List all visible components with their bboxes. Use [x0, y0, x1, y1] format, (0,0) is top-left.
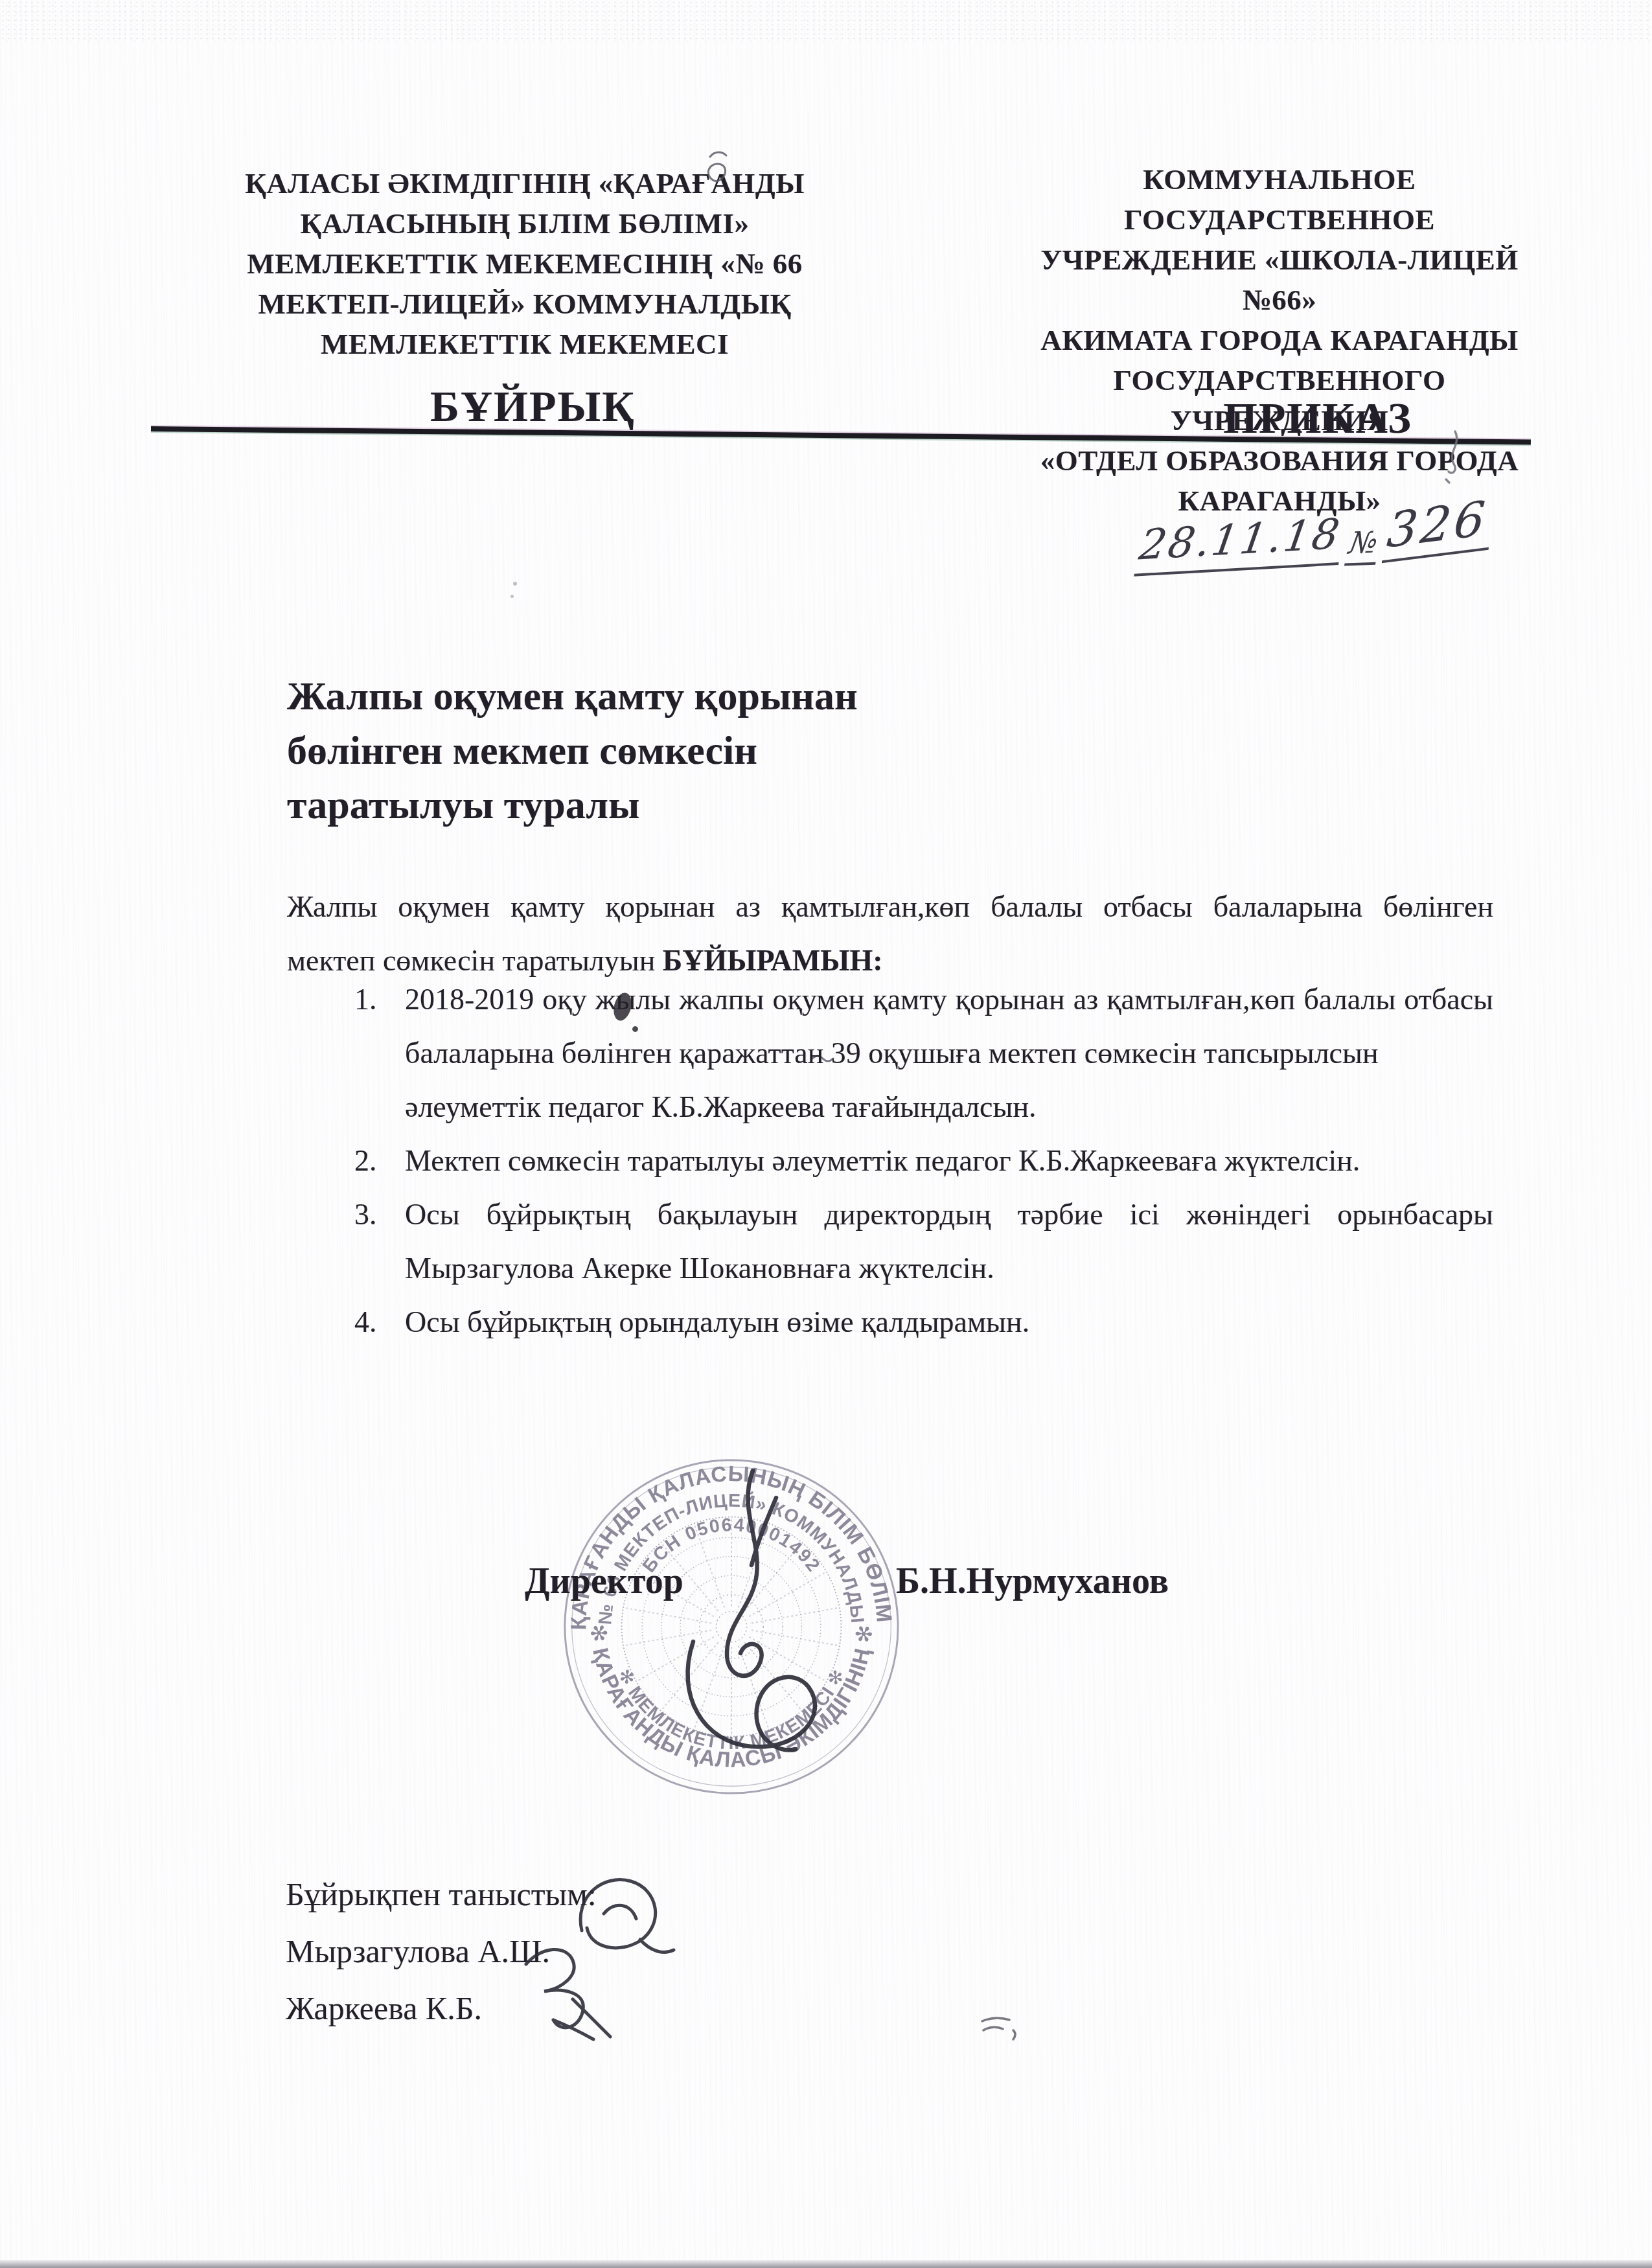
- item-number: 4.: [354, 1295, 377, 1349]
- order-subject: Жалпы оқумен қамту қорынан бөлінген мекм…: [287, 669, 858, 832]
- pen-squiggle-icon: [1440, 429, 1468, 485]
- acknowledgement-title: Бұйрықпен таныстым:: [286, 1866, 597, 1923]
- item-text-line: әлеуметтік педагог К.Б.Жаркеева тағайынд…: [405, 1080, 1493, 1134]
- org-name-kk-line: МЕМЛЕКЕТТІК МЕКЕМЕСІНІҢ «№ 66: [243, 244, 807, 284]
- item-text-line: Осы бұйрықтың орындалуын өзіме қалдырамы…: [405, 1295, 1493, 1349]
- letterhead-russian: КОММУНАЛЬНОЕ ГОСУДАРСТВЕННОЕ УЧРЕЖДЕНИЕ …: [1001, 159, 1558, 521]
- org-name-ru-line: КОММУНАЛЬНОЕ ГОСУДАРСТВЕННОЕ: [1001, 159, 1558, 240]
- subject-line: Жалпы оқумен қамту қорынан: [287, 669, 858, 724]
- director-label: Директор: [525, 1561, 683, 1602]
- order-item-3: 3. Осы бұйрықтың бақылауын директордың т…: [287, 1187, 1493, 1295]
- item-number: 2.: [354, 1134, 377, 1187]
- scan-noise-band: [0, 0, 1652, 41]
- org-name-kk-line: МЕМЛЕКЕТТІК МЕКЕМЕСІ: [243, 324, 807, 364]
- signature-zharkeyeva-icon: [504, 1938, 627, 2045]
- pen-mark-bottom-icon: [980, 2013, 1022, 2042]
- order-item-1: 1. 2018-2019 оқу жылы жалпы оқумен қамту…: [287, 972, 1493, 1134]
- handwritten-date: 28.11.18: [1134, 510, 1347, 577]
- order-item-4: 4. Осы бұйрықтың орындалуын өзіме қалдыр…: [287, 1295, 1493, 1349]
- item-text-line: балаларына бөлінген қаражаттан 39 оқушығ…: [405, 1026, 1493, 1080]
- intro-line: Жалпы оқумен қамту қорынан аз қамтылған,…: [287, 880, 1493, 934]
- item-text-line: Осы бұйрықтың бақылауын директордың тәрб…: [405, 1187, 1493, 1241]
- item-number: 1.: [354, 972, 377, 1026]
- order-items-list: 1. 2018-2019 оқу жылы жалпы оқумен қамту…: [287, 972, 1493, 1349]
- subject-line: бөлінген мекмеп сөмкесін: [287, 724, 858, 778]
- order-item-2: 2. Мектеп сөмкесін таратылуы әлеуметтік …: [287, 1134, 1493, 1187]
- intro-paragraph: Жалпы оқумен қамту қорынан аз қамтылған,…: [287, 880, 1493, 987]
- org-name-ru-line: «ОТДЕЛ ОБРАЗОВАНИЯ ГОРОДА: [1001, 441, 1558, 481]
- scan-speck: [511, 595, 514, 598]
- item-text-line: 2018-2019 оқу жылы жалпы оқумен қамту қо…: [405, 972, 1493, 1026]
- org-name-ru-line: УЧРЕЖДЕНИЕ «ШКОЛА-ЛИЦЕЙ №66»: [1001, 240, 1558, 320]
- org-name-kk-line: МЕКТЕП-ЛИЦЕЙ» КОММУНАЛДЫҚ: [243, 284, 807, 324]
- item-number: 3.: [354, 1187, 377, 1241]
- numero-sign: №: [1344, 524, 1382, 566]
- doc-title-kazakh: БҰЙРЫҚ: [430, 381, 636, 432]
- org-name-ru-line: АКИМАТА ГОРОДА КАРАГАНДЫ: [1001, 320, 1558, 360]
- director-signature-icon: [656, 1463, 850, 1767]
- pen-mark-icon: [698, 148, 733, 196]
- scanned-order-document: ҚАЛАСЫ ӘКІМДІГІНІҢ «ҚАРАҒАНДЫ ҚАЛАСЫНЫҢ …: [0, 0, 1652, 2268]
- handwritten-date-number: 28.11.18№326: [1134, 500, 1495, 575]
- director-name: Б.Н.Нурмуханов: [896, 1561, 1169, 1602]
- scan-bottom-edge: [0, 2260, 1652, 2268]
- org-name-kk-line: ҚАЛАСЫНЫҢ БІЛІМ БӨЛІМІ»: [243, 203, 807, 244]
- scan-speck: [513, 582, 517, 586]
- subject-line: таратылуы туралы: [287, 778, 858, 832]
- doc-title-russian: ПРИКАЗ: [1223, 393, 1412, 444]
- item-text-line: Мектеп сөмкесін таратылуы әлеуметтік пед…: [405, 1134, 1493, 1187]
- item-text-line: Мырзагулова Акерке Шокановнаға жүктелсін…: [405, 1241, 1493, 1295]
